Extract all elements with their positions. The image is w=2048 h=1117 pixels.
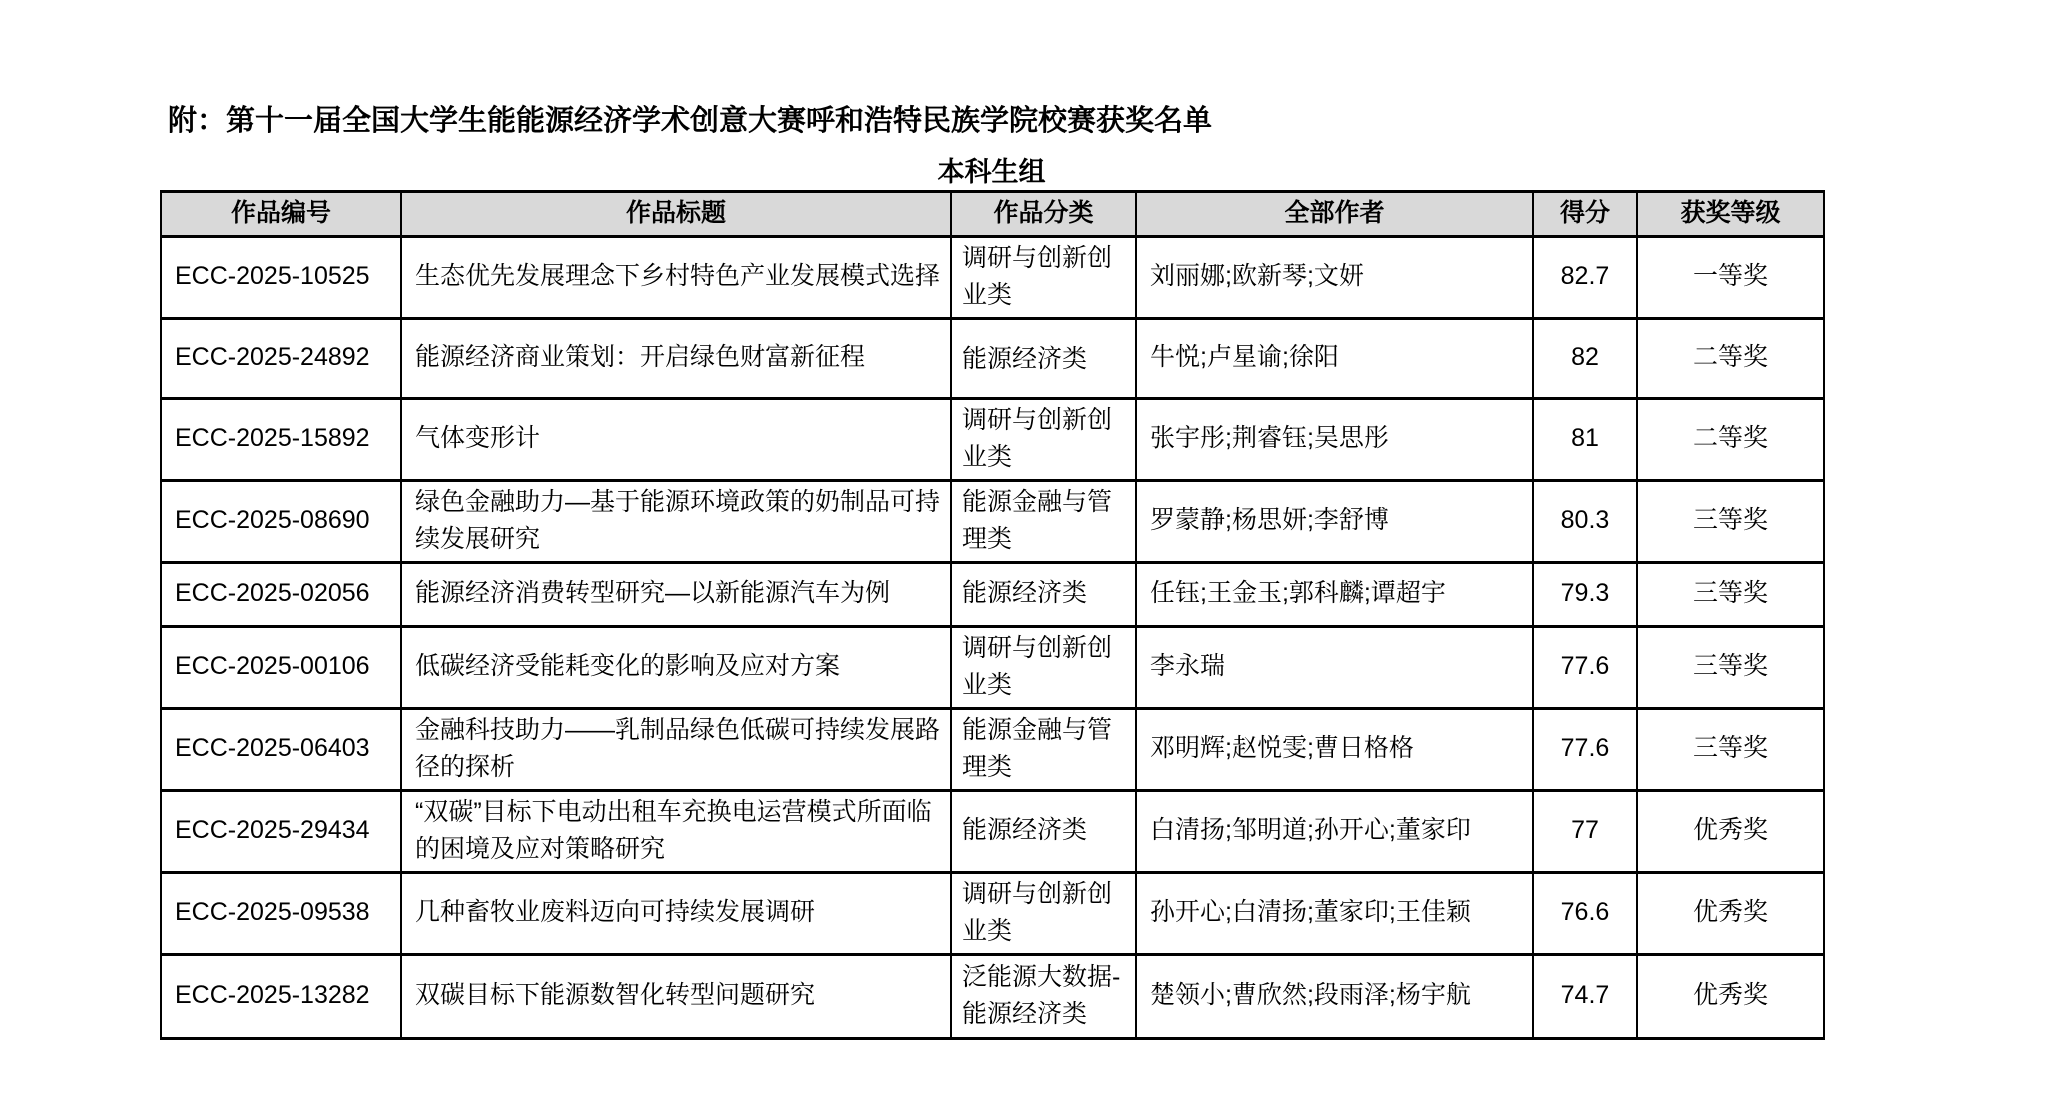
cell-category: 能源金融与管理类 <box>951 708 1136 790</box>
cell-award: 三等奖 <box>1637 626 1824 708</box>
cell-score: 81 <box>1533 398 1637 480</box>
cell-score: 82.7 <box>1533 236 1637 318</box>
cell-award: 二等奖 <box>1637 318 1824 398</box>
cell-title: 金融科技助力——乳制品绿色低碳可持续发展路径的探析 <box>401 708 951 790</box>
cell-score: 77.6 <box>1533 626 1637 708</box>
cell-title: 双碳目标下能源数智化转型问题研究 <box>401 954 951 1038</box>
cell-authors: 邓明辉;赵悦雯;曹日格格 <box>1136 708 1533 790</box>
cell-award: 优秀奖 <box>1637 954 1824 1038</box>
awards-table: 作品编号 作品标题 作品分类 全部作者 得分 获奖等级 ECC-2025-105… <box>160 190 1825 1040</box>
cell-authors: 牛悦;卢星谕;徐阳 <box>1136 318 1533 398</box>
cell-code: ECC-2025-09538 <box>161 872 401 954</box>
table-row: ECC-2025-15892 气体变形计 调研与创新创业类 张宇彤;荆睿钰;吴思… <box>161 398 1824 480</box>
table-row: ECC-2025-24892 能源经济商业策划：开启绿色财富新征程 能源经济类 … <box>161 318 1824 398</box>
cell-code: ECC-2025-10525 <box>161 236 401 318</box>
header-code: 作品编号 <box>161 192 401 237</box>
cell-category: 调研与创新创业类 <box>951 872 1136 954</box>
table-row: ECC-2025-13282 双碳目标下能源数智化转型问题研究 泛能源大数据-能… <box>161 954 1824 1038</box>
cell-score: 77 <box>1533 790 1637 872</box>
cell-title: 能源经济商业策划：开启绿色财富新征程 <box>401 318 951 398</box>
cell-authors: 孙开心;白清扬;董家印;王佳颖 <box>1136 872 1533 954</box>
document-page: 附：第十一届全国大学生能能源经济学术创意大赛呼和浩特民族学院校赛获奖名单 本科生… <box>0 0 2048 1117</box>
cell-code: ECC-2025-15892 <box>161 398 401 480</box>
cell-award: 三等奖 <box>1637 480 1824 562</box>
cell-title: “双碳”目标下电动出租车充换电运营模式所面临的困境及应对策略研究 <box>401 790 951 872</box>
cell-category: 调研与创新创业类 <box>951 236 1136 318</box>
header-score: 得分 <box>1533 192 1637 237</box>
cell-category: 能源经济类 <box>951 790 1136 872</box>
cell-code: ECC-2025-13282 <box>161 954 401 1038</box>
cell-authors: 白清扬;邹明道;孙开心;董家印 <box>1136 790 1533 872</box>
table-row: ECC-2025-08690 绿色金融助力—基于能源环境政策的奶制品可持续发展研… <box>161 480 1824 562</box>
cell-code: ECC-2025-02056 <box>161 562 401 626</box>
header-authors: 全部作者 <box>1136 192 1533 237</box>
cell-title: 气体变形计 <box>401 398 951 480</box>
cell-title: 生态优先发展理念下乡村特色产业发展模式选择 <box>401 236 951 318</box>
cell-category: 调研与创新创业类 <box>951 398 1136 480</box>
table-header-row: 作品编号 作品标题 作品分类 全部作者 得分 获奖等级 <box>161 192 1824 237</box>
header-title: 作品标题 <box>401 192 951 237</box>
cell-award: 一等奖 <box>1637 236 1824 318</box>
cell-title: 几种畜牧业废料迈向可持续发展调研 <box>401 872 951 954</box>
table-row: ECC-2025-10525 生态优先发展理念下乡村特色产业发展模式选择 调研与… <box>161 236 1824 318</box>
document-title: 附：第十一届全国大学生能能源经济学术创意大赛呼和浩特民族学院校赛获奖名单 <box>168 98 1212 139</box>
cell-code: ECC-2025-00106 <box>161 626 401 708</box>
cell-category: 能源经济类 <box>951 318 1136 398</box>
cell-score: 82 <box>1533 318 1637 398</box>
cell-code: ECC-2025-08690 <box>161 480 401 562</box>
cell-award: 优秀奖 <box>1637 872 1824 954</box>
table-row: ECC-2025-06403 金融科技助力——乳制品绿色低碳可持续发展路径的探析… <box>161 708 1824 790</box>
table-row: ECC-2025-02056 能源经济消费转型研究—以新能源汽车为例 能源经济类… <box>161 562 1824 626</box>
cell-authors: 张宇彤;荆睿钰;吴思彤 <box>1136 398 1533 480</box>
cell-award: 三等奖 <box>1637 708 1824 790</box>
cell-code: ECC-2025-06403 <box>161 708 401 790</box>
cell-title: 绿色金融助力—基于能源环境政策的奶制品可持续发展研究 <box>401 480 951 562</box>
cell-score: 76.6 <box>1533 872 1637 954</box>
cell-authors: 罗蒙静;杨思妍;李舒博 <box>1136 480 1533 562</box>
cell-award: 三等奖 <box>1637 562 1824 626</box>
cell-award: 二等奖 <box>1637 398 1824 480</box>
cell-score: 77.6 <box>1533 708 1637 790</box>
cell-code: ECC-2025-24892 <box>161 318 401 398</box>
cell-score: 74.7 <box>1533 954 1637 1038</box>
cell-title: 低碳经济受能耗变化的影响及应对方案 <box>401 626 951 708</box>
cell-category: 调研与创新创业类 <box>951 626 1136 708</box>
cell-award: 优秀奖 <box>1637 790 1824 872</box>
cell-authors: 任钰;王金玉;郭科麟;谭超宇 <box>1136 562 1533 626</box>
cell-authors: 李永瑞 <box>1136 626 1533 708</box>
cell-score: 79.3 <box>1533 562 1637 626</box>
cell-authors: 楚领小;曹欣然;段雨泽;杨宇航 <box>1136 954 1533 1038</box>
table-row: ECC-2025-09538 几种畜牧业废料迈向可持续发展调研 调研与创新创业类… <box>161 872 1824 954</box>
header-award: 获奖等级 <box>1637 192 1824 237</box>
group-heading: 本科生组 <box>160 150 1823 189</box>
cell-score: 80.3 <box>1533 480 1637 562</box>
header-category: 作品分类 <box>951 192 1136 237</box>
cell-category: 能源金融与管理类 <box>951 480 1136 562</box>
table-row: ECC-2025-00106 低碳经济受能耗变化的影响及应对方案 调研与创新创业… <box>161 626 1824 708</box>
cell-category: 泛能源大数据-能源经济类 <box>951 954 1136 1038</box>
cell-category: 能源经济类 <box>951 562 1136 626</box>
table-row: ECC-2025-29434 “双碳”目标下电动出租车充换电运营模式所面临的困境… <box>161 790 1824 872</box>
cell-code: ECC-2025-29434 <box>161 790 401 872</box>
cell-authors: 刘丽娜;欧新琴;文妍 <box>1136 236 1533 318</box>
cell-title: 能源经济消费转型研究—以新能源汽车为例 <box>401 562 951 626</box>
